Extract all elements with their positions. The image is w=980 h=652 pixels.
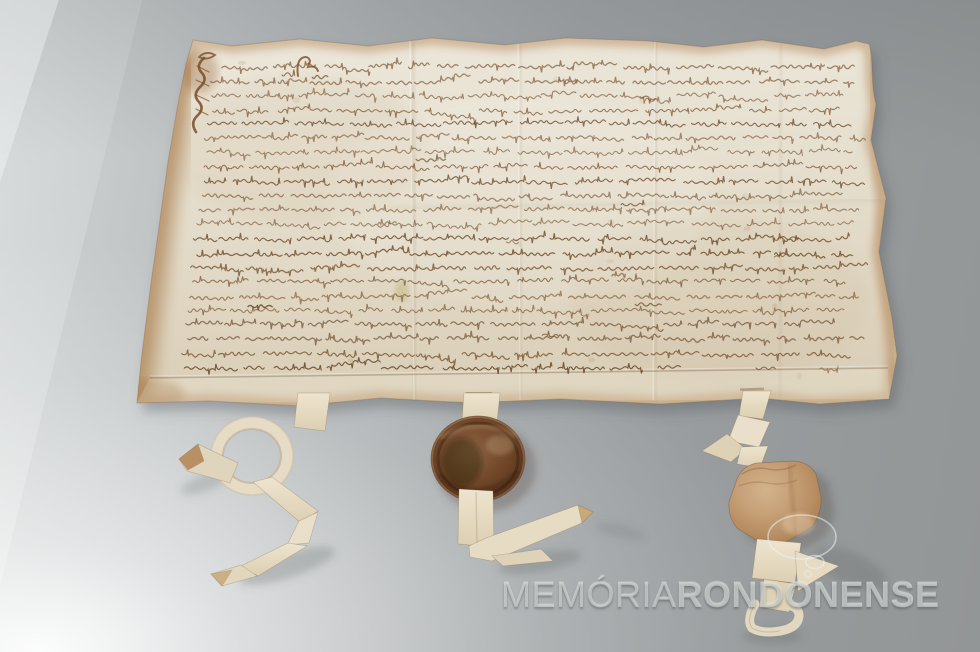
- foxing-spot: [772, 303, 778, 310]
- foxing-spot: [348, 358, 354, 363]
- foxing-spot: [588, 357, 595, 362]
- foxing-spot: [797, 372, 802, 380]
- foxing-spot: [742, 193, 748, 199]
- foxing-spot: [518, 240, 522, 247]
- foxing-spot: [631, 368, 636, 373]
- foxing-spot: [639, 97, 644, 104]
- pendant-seal-center: [431, 393, 593, 566]
- watermark: MEMÓRIARONDONENSE: [501, 577, 940, 613]
- foxing-spot: [292, 97, 300, 103]
- photograph: MEMÓRIARONDONENSE: [0, 0, 980, 652]
- watermark-rondonense: RONDONENSE: [677, 574, 940, 615]
- foxing-spot: [238, 61, 246, 65]
- foxing-spot: [744, 226, 751, 231]
- parchment-document: [120, 38, 897, 409]
- foxing-spot: [553, 76, 560, 83]
- foxing-spot: [607, 219, 615, 224]
- foxing-spot: [607, 259, 614, 263]
- watermark-memoria: MEMÓRIA: [501, 574, 677, 615]
